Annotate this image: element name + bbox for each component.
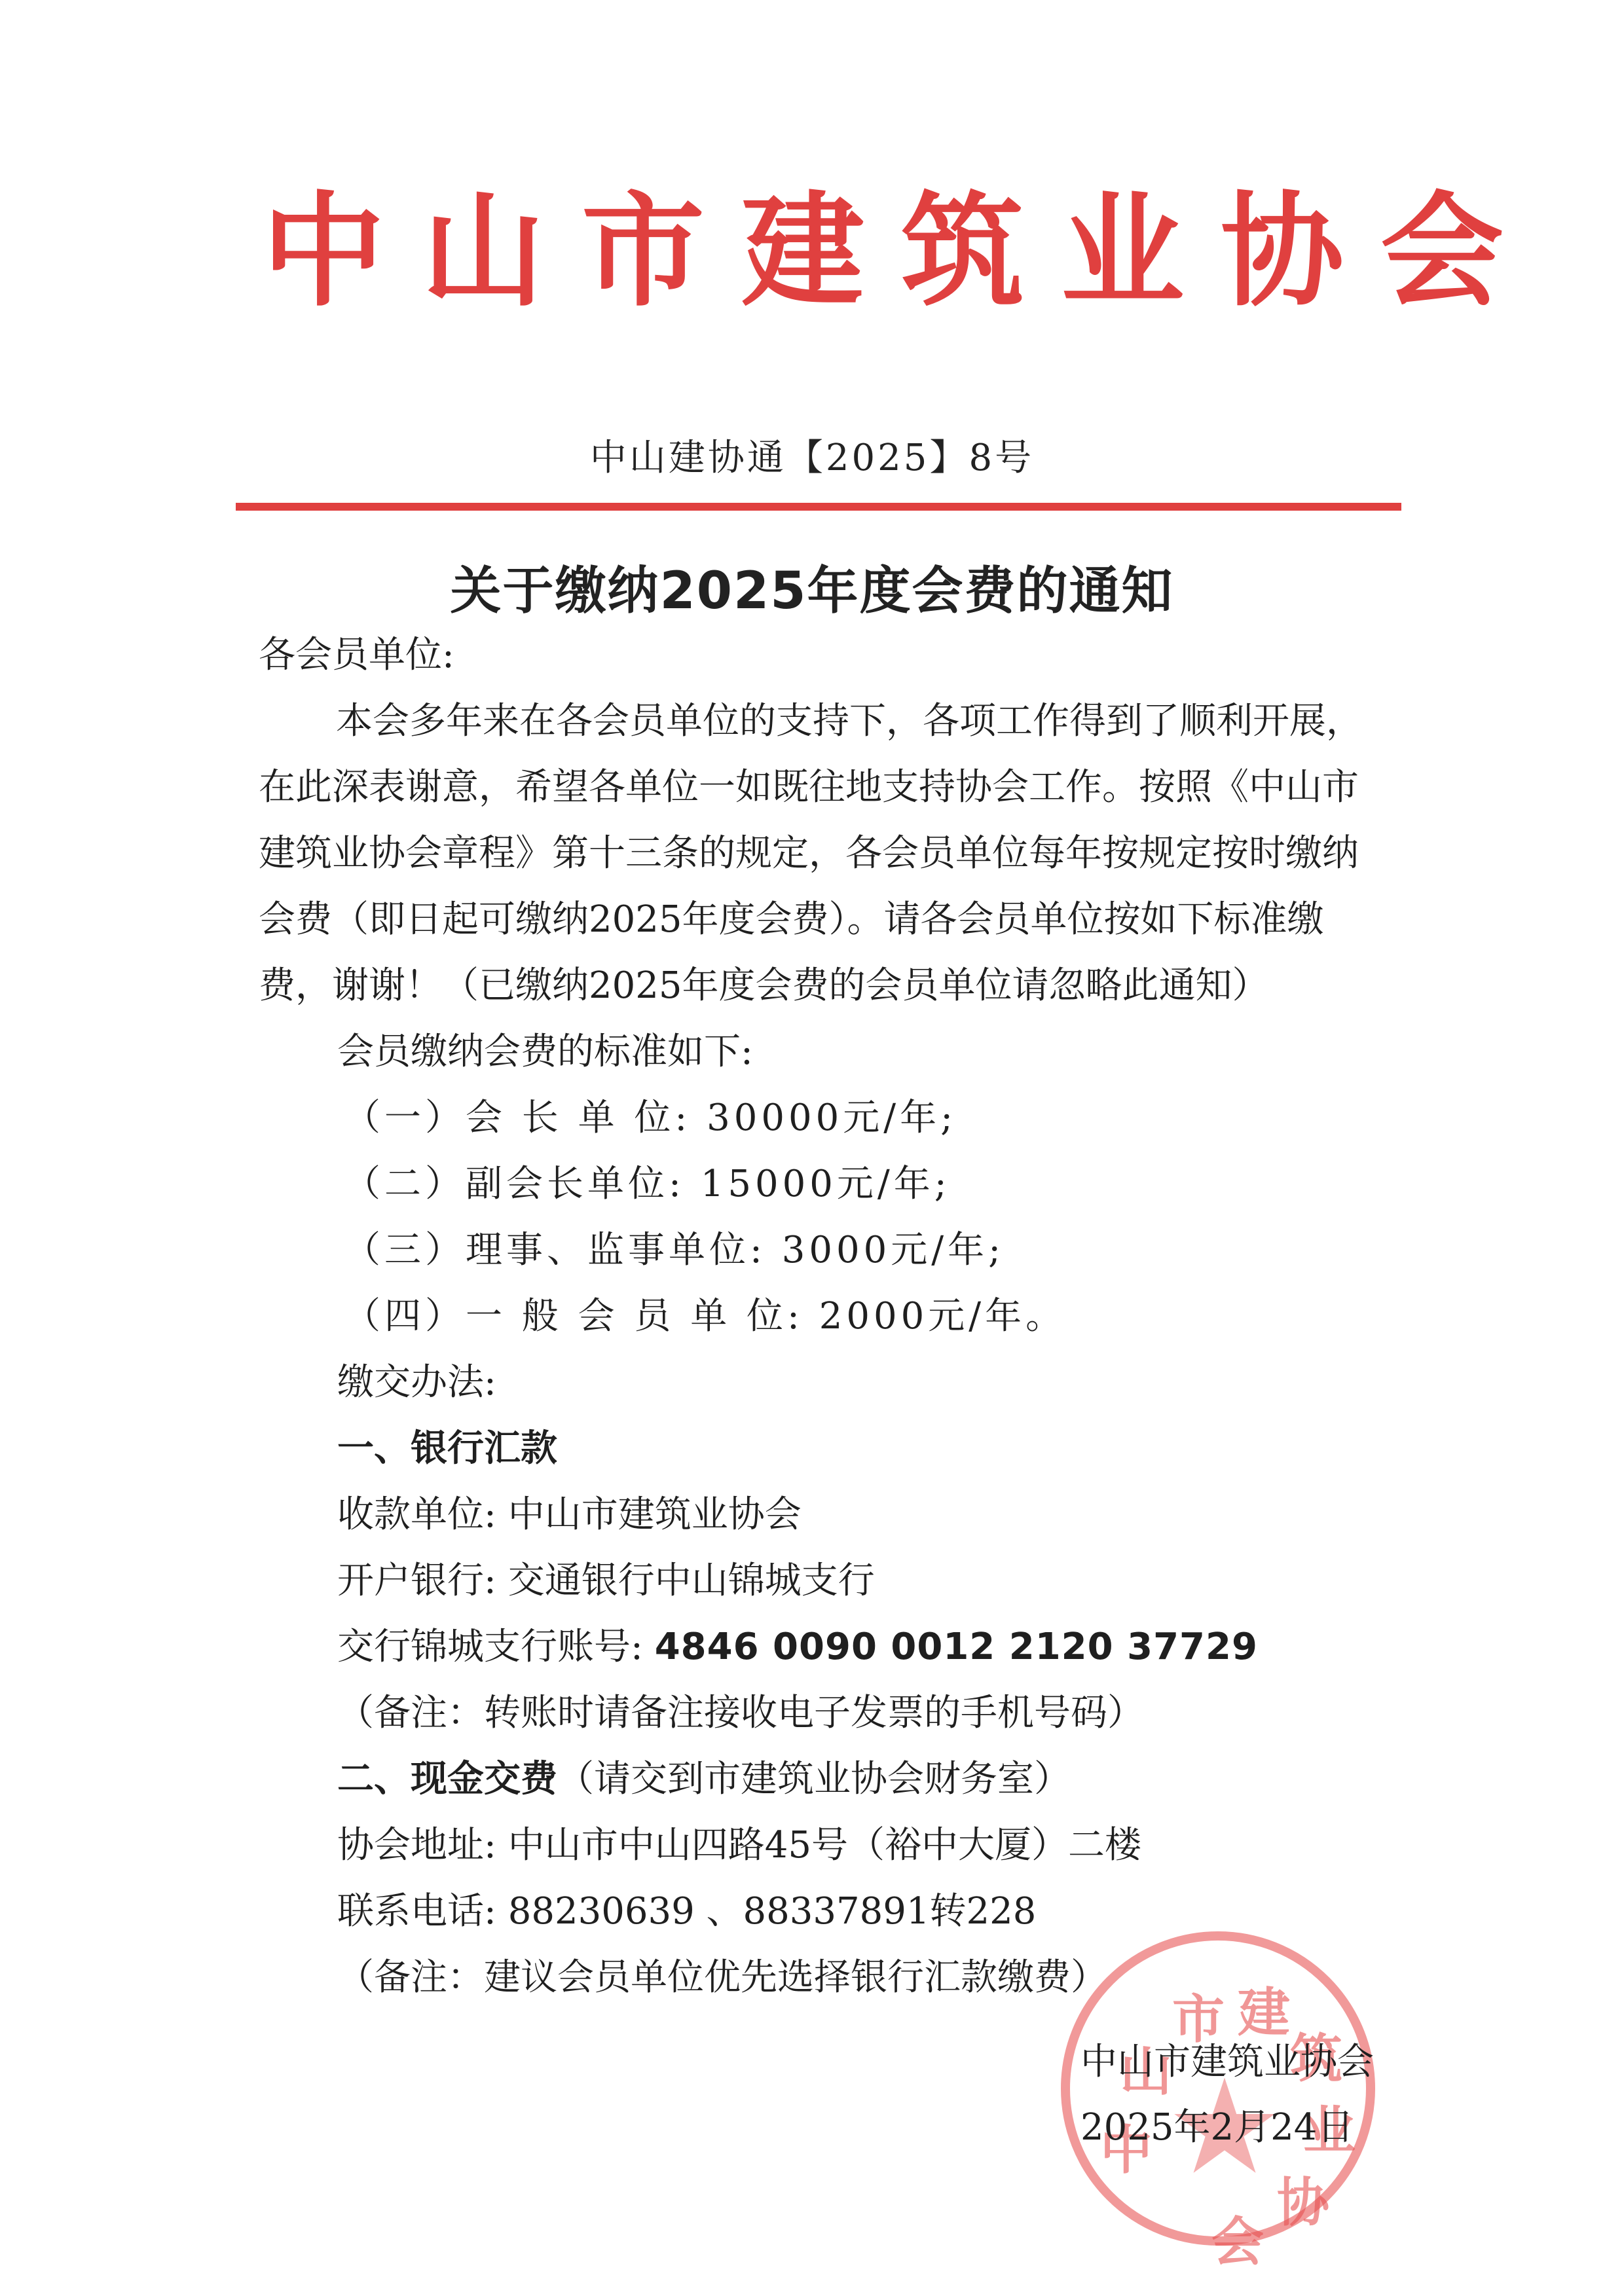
notice-body: 各会员单位: 本会多年来在各会员单位的支持下，各项工作得到了顺利开展， 在此深表…: [259, 622, 1411, 2011]
address-label: 协会地址:: [337, 1824, 496, 1867]
salutation: 各会员单位:: [259, 622, 1411, 688]
fee-item-amount: 3000元/年;: [782, 1229, 1005, 1271]
payee-label: 收款单位:: [337, 1493, 496, 1536]
paragraph-line: 建筑业协会章程》第十三条的规定，各会员单位每年按规定按时缴纳: [259, 820, 1411, 886]
bank-label: 开户银行:: [337, 1559, 496, 1602]
payee-value: 中山市建筑业协会: [508, 1493, 802, 1536]
account-label: 交行锦城支行账号:: [337, 1626, 643, 1668]
fee-item: （四）一 般 会 员 单 位: 2000元/年。: [259, 1283, 1411, 1349]
paragraph-line: 在此深表谢意，希望各单位一如既往地支持协会工作。按照《中山市: [259, 754, 1411, 820]
document-number: 中山建协通【2025】8号: [0, 429, 1624, 481]
account-number: 4846 0090 0012 2120 37729: [655, 1626, 1258, 1668]
fee-item-label: （四）一 般 会 员 单 位:: [344, 1295, 803, 1338]
address-row: 协会地址: 中山市中山四路45号（裕中大厦）二楼: [259, 1812, 1411, 1878]
account-row: 交行锦城支行账号: 4846 0090 0012 2120 37729: [259, 1614, 1411, 1680]
seal-char: 协: [1277, 2160, 1329, 2236]
fee-item-label: （二）副会长单位:: [344, 1163, 685, 1205]
fee-item-label: （三）理事、监事单位:: [344, 1229, 766, 1271]
signature-date: 2025年2月24日: [1080, 2095, 1374, 2160]
phone-label: 联系电话:: [337, 1890, 496, 1933]
bank-row: 开户银行: 交通银行中山锦城支行: [259, 1548, 1411, 1614]
fee-standard-heading: 会员缴纳会费的标准如下:: [259, 1019, 1411, 1085]
fee-item: （二）副会长单位: 15000元/年;: [259, 1151, 1411, 1217]
bank-transfer-heading: 一、银行汇款: [259, 1415, 1411, 1482]
fee-item-amount: 15000元/年;: [701, 1163, 951, 1205]
masthead-title: 中山市建筑业协会: [262, 190, 1375, 313]
fee-item: （一）会 长 单 位: 30000元/年;: [259, 1085, 1411, 1151]
cash-payment-heading: 二、现金交费: [337, 1758, 557, 1800]
phone-value: 88230639 、88337891转228: [508, 1890, 1037, 1933]
notice-title: 关于缴纳2025年度会费的通知: [0, 550, 1624, 623]
paragraph-line: 会费（即日起可缴纳2025年度会费）。请各会员单位按如下标准缴: [259, 886, 1411, 953]
fee-item-amount: 2000元/年。: [819, 1295, 1066, 1338]
cash-payment-row: 二、现金交费（请交到市建筑业协会财务室）: [259, 1746, 1411, 1812]
fee-item: （三）理事、监事单位: 3000元/年;: [259, 1217, 1411, 1283]
payee-row: 收款单位: 中山市建筑业协会: [259, 1482, 1411, 1548]
seal-char: 会: [1211, 2200, 1264, 2275]
paragraph-line: 本会多年来在各会员单位的支持下，各项工作得到了顺利开展，: [259, 688, 1411, 754]
signature-block: 中山市建筑业协会 2025年2月24日: [1080, 2030, 1374, 2160]
document-page: 中山市建筑业协会 中山建协通【2025】8号 关于缴纳2025年度会费的通知 各…: [0, 0, 1624, 2296]
paragraph-line: 费，谢谢！（已缴纳2025年度会费的会员单位请忽略此通知）: [259, 953, 1411, 1019]
red-divider-rule: [236, 503, 1401, 511]
bank-note: （备注：转账时请备注接收电子发票的手机号码）: [259, 1680, 1411, 1746]
payment-heading: 缴交办法:: [259, 1349, 1411, 1415]
cash-payment-heading-note: （请交到市建筑业协会财务室）: [557, 1758, 1071, 1800]
fee-item-amount: 30000元/年;: [707, 1097, 957, 1139]
signature-org: 中山市建筑业协会: [1080, 2030, 1374, 2095]
address-value: 中山市中山四路45号（裕中大厦）二楼: [508, 1824, 1141, 1867]
fee-item-label: （一）会 长 单 位:: [344, 1097, 691, 1139]
bank-value: 交通银行中山锦城支行: [508, 1559, 875, 1602]
